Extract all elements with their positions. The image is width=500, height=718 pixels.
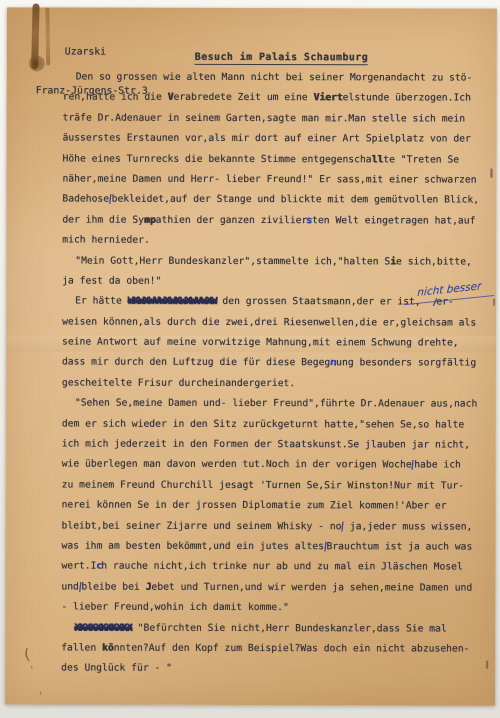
typed-text: ja fest da oben!" (62, 275, 161, 286)
edge-mark (490, 169, 492, 178)
typed-text: wert.I (61, 561, 96, 572)
text-line: träfe Dr.Adenauer in seinem Garten,sagte… (63, 108, 483, 129)
typed-text: zu meinem Freund Churchill jesagt 'Turne… (62, 479, 464, 491)
text-line: Den so grossen wie alten Mann nicht bei … (63, 68, 483, 89)
text-line: "Mein Gott,Herr Bundeskanzler",stammelte… (62, 251, 482, 272)
typed-text: gescheitelte Frisur durcheinandergeriet. (62, 377, 295, 389)
typed-text: "Mein Gott,Herr Bundeskanzler",stammelte… (75, 255, 390, 267)
text-line: mich hernieder. (62, 231, 482, 252)
text-line: dass mir durch den Luftzug die für diese… (62, 353, 482, 374)
margin-ink-mark: ( (23, 645, 31, 664)
document-body: Den so grossen wie alten Mann nicht bei … (61, 68, 483, 681)
typed-text: Höhe eines Turnrecks die bekannte Stimme… (63, 153, 372, 165)
typed-text: ebet und Turnen,und wir werden ja sehen,… (151, 582, 472, 594)
text-line: "Sehen Se,meine Damen und- lieber Freund… (62, 394, 482, 415)
typed-text: bleibe bei (81, 581, 145, 592)
text-line: nerei können Se in der jrossen Diplomati… (62, 496, 482, 517)
typed-text: dass mir durch den Luftzug die für diese… (62, 357, 330, 369)
typed-text: ja,jeder muss wissen, (344, 521, 472, 532)
typed-text: h rauche nicht,ich trinke nur ab und zu … (101, 561, 463, 573)
edge-mark (493, 299, 495, 306)
pen-correction: | (107, 190, 113, 211)
text-line: und|bleibe bei Jebet und Turnen,und wir … (61, 577, 481, 598)
typed-text: mp (144, 214, 156, 225)
typed-text: nnten?Auf den Kopf zum Beispiel?Was doch… (114, 643, 470, 655)
typed-text: e sich,bitte, (396, 256, 472, 267)
typed-text: wie überlegen man davon werden tut.Noch … (62, 459, 412, 471)
typed-text: seine Antwort auf meine vorwitzige Mahnu… (62, 337, 459, 349)
document-title: Besuch im Palais Schaumburg (195, 52, 368, 65)
typed-text: ll (372, 154, 384, 165)
typed-text: "Sehen Se,meine Damen und- lieber Freund… (75, 398, 477, 410)
text-line: bleibt,bei seiner Zijarre und seinem Whi… (62, 516, 482, 537)
text-line: wie überlegen man davon werden tut.Noch … (62, 455, 482, 476)
typed-text: ten Welt eingetragen hat,auf (312, 215, 475, 226)
typed-text: Den so grossen wie alten Mann nicht bei … (76, 72, 473, 84)
text-line: der ihm die Sympathien der ganzen zivili… (62, 210, 482, 231)
text-line: fallen könnten?Auf den Kopf zum Beispiel… (61, 638, 481, 659)
text-line: was ihm am besten bekömmt,und ein jutes … (61, 536, 481, 557)
typed-text: bekleidet,auf der Stange und blickte mit… (112, 194, 479, 206)
text-line: XKXKXKXKXKX "Befürchten Sie nicht,Herr B… (61, 618, 481, 639)
text-line: Er hätte WKWXWVWXWKWXWVWXW den grossen S… (62, 292, 482, 313)
typed-text: bleibt,bei seiner Zijarre und seinem Whi… (62, 520, 342, 532)
pen-correction: | (322, 537, 328, 558)
typed-text: nerei können Se in der jrossen Diplomati… (62, 500, 447, 512)
paper-sheet: Uzarski Franz-Jürgens-Str.3 Besuch im Pa… (5, 7, 497, 705)
typed-text: - lieber Freund,wohin ich damit komme." (61, 602, 288, 614)
typed-text: te "Treten Se (383, 154, 459, 165)
text-line: zu meinem Freund Churchill jesagt 'Turne… (62, 475, 482, 496)
pen-correction: n (329, 353, 338, 374)
pen-correction: | (77, 577, 83, 598)
text-line: des Unglück für - " (61, 659, 481, 680)
typed-text: näher,meine Damen und Herr- lieber Freun… (62, 173, 476, 185)
typed-text: Viert (313, 93, 342, 104)
typed-text: mich hernieder. (62, 235, 150, 246)
typed-text: ich mich jederzeit in den Formen der Sta… (62, 439, 470, 451)
edge-mark (486, 661, 488, 669)
typed-text: elstunde überzogen.Ich (343, 93, 471, 104)
margin-ink-mark: ' (30, 663, 33, 677)
typed-text: erabredete Zeit um eine (173, 92, 313, 103)
typed-text: ung besonders sorgfältig (336, 358, 476, 369)
text-line: näher,meine Damen und Herr- lieber Freun… (62, 169, 482, 190)
typed-text: träfe Dr.Adenauer in seinem Garten,sagte… (63, 112, 465, 124)
typed-text: Er hätte (75, 296, 128, 307)
typed-text: äusserstes Erstaunen vor,als mir dort au… (63, 133, 471, 145)
text-line: Höhe eines Turnrecks die bekannte Stimme… (62, 149, 482, 170)
typed-text: ren,hatte ich die (63, 92, 168, 103)
typed-text: kö (102, 643, 114, 654)
sender-name: Uzarski (36, 45, 148, 58)
typed-text: Badehose (62, 194, 109, 205)
text-line: seine Antwort auf meine vorwitzige Mahnu… (62, 333, 482, 354)
struck-out-text: XKXKXKXKXKX (74, 622, 132, 633)
text-line: äusserstes Erstaunen vor,als mir dort au… (63, 129, 483, 150)
typed-text: des Unglück für - " (61, 663, 172, 674)
typed-text: fallen (61, 642, 102, 653)
typed-text: der ihm die Sy (62, 214, 144, 225)
typed-text: und (61, 581, 79, 592)
struck-out-text: WKWXWVWXWKWXWVWXW (128, 296, 217, 307)
text-line: dem er sich wieder in den Sitz zurückget… (62, 414, 482, 435)
typed-text: habe ich (414, 460, 461, 471)
text-line: gescheitelte Frisur durcheinandergeriet. (62, 373, 482, 394)
typed-text: weisen können,als durch die zwei,drei Ri… (62, 316, 476, 328)
typed-text: "Befürchten Sie nicht,Herr Bundeskanzler… (132, 622, 447, 634)
text-line: - lieber Freund,wohin ich damit komme." (61, 598, 481, 619)
text-line: Badehose|bekleidet,auf der Stange und bl… (62, 190, 482, 211)
typed-text: athien der ganzen zivilier (156, 214, 308, 225)
text-line: wert.Ich rauche nicht,ich trinke nur ab … (61, 557, 481, 578)
text-line: weisen können,als durch die zwei,drei Ri… (62, 312, 482, 333)
typed-text: Brauchtum ist ja auch was (327, 541, 473, 552)
margin-ink-mark: ' (39, 689, 42, 702)
text-line: ren,hatte ich die Verabredete Zeit um ei… (63, 88, 483, 109)
typed-text: was ihm am besten bekömmt,und ein jutes … (61, 540, 323, 552)
typed-text: den grossen Staatsmann,der er ist, (217, 296, 421, 308)
text-line: ich mich jederzeit in den Formen der Sta… (62, 435, 482, 456)
typed-text: dem er sich wieder in den Sitz zurückget… (62, 418, 464, 430)
